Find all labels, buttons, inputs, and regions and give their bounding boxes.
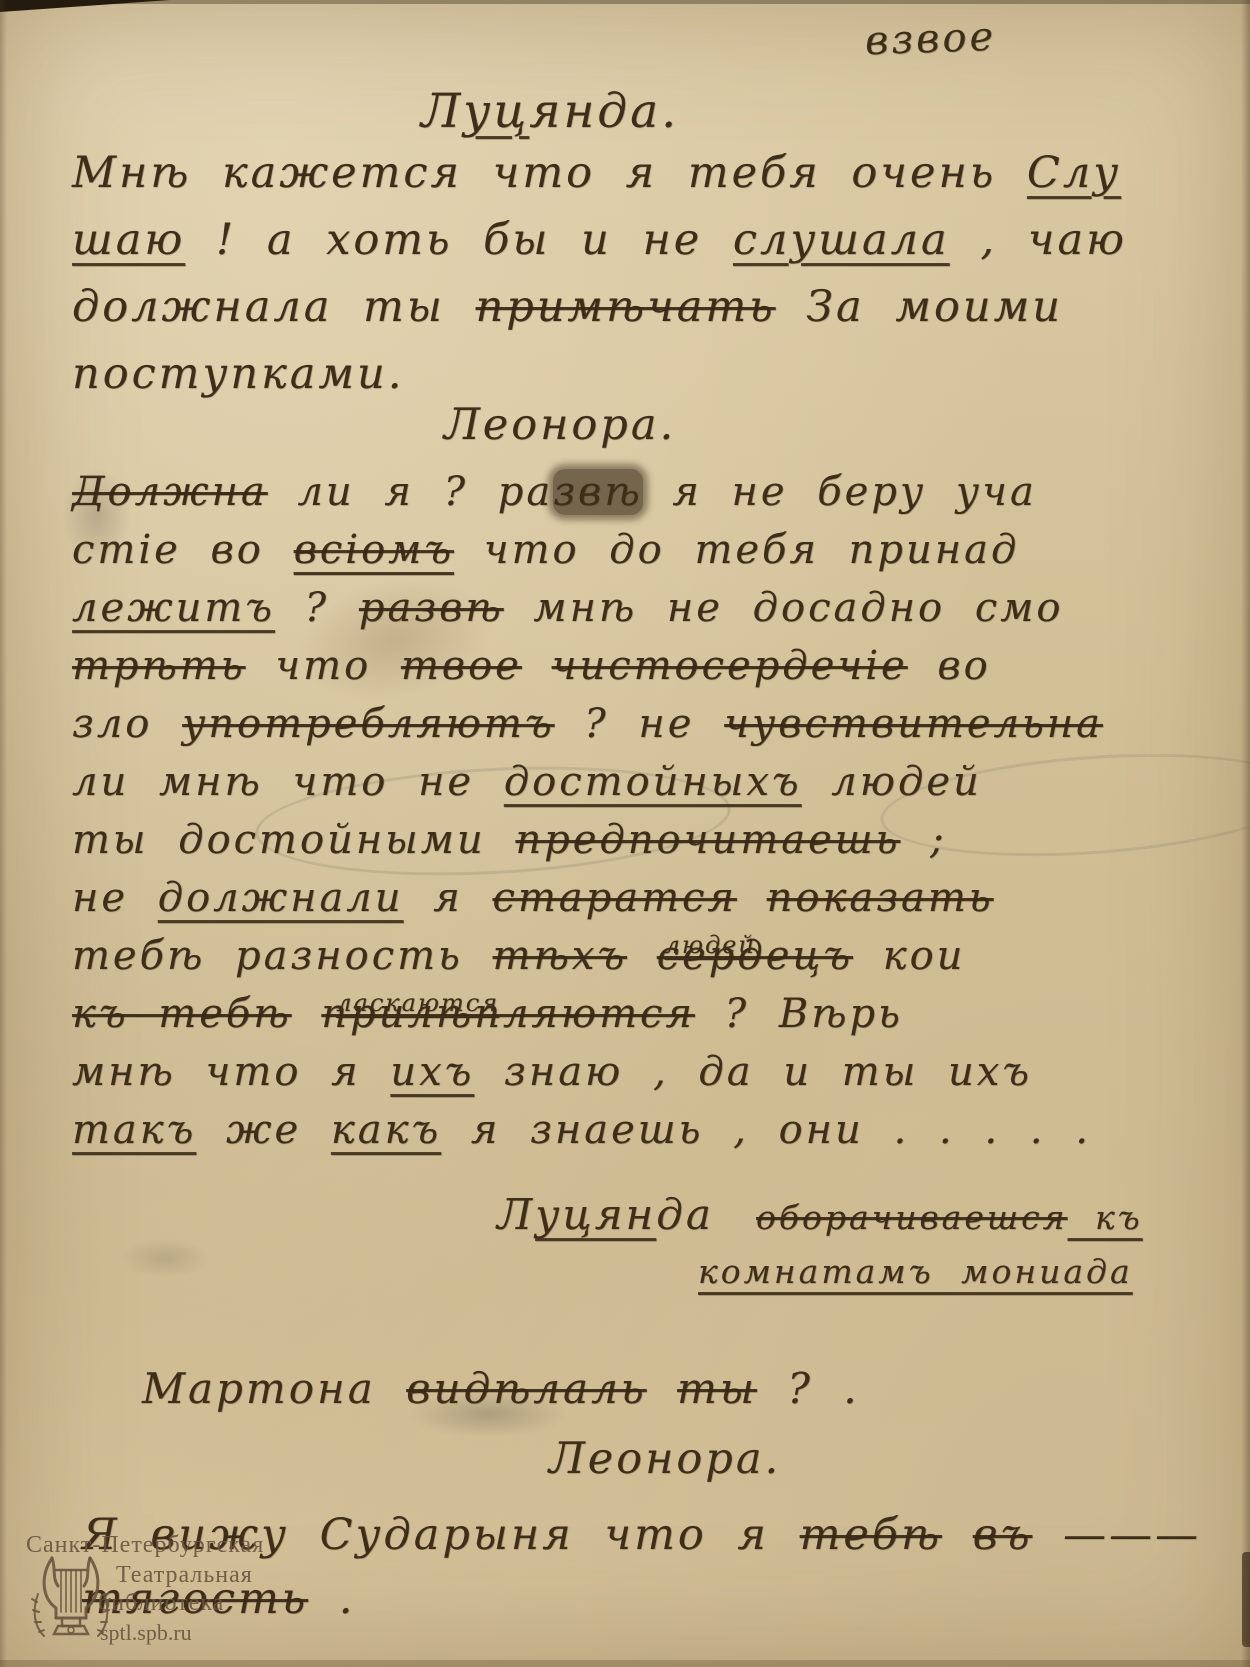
speech-block-lucianda: Мнѣ кажется что я тебя очень Слу шаю ! а… <box>72 140 1127 408</box>
text-segment: ли мнѣ что не <box>72 759 504 805</box>
text-segment: янда. <box>529 84 679 139</box>
text-segment: что <box>246 643 401 689</box>
scan-edge-left <box>0 0 7 1667</box>
text-segment: Слу <box>1027 148 1121 198</box>
text-segment: Л <box>421 84 463 139</box>
text-segment: знаю , да и ты ихъ <box>474 1049 1032 1095</box>
text-segment: должнали <box>158 875 404 921</box>
speaker-heading-lucianda: Луцянда. <box>0 84 1100 139</box>
manuscript-line-martona: Мартона видѣлаль ты ? . <box>142 1364 860 1413</box>
text-segment: сердецълюдей <box>657 933 853 979</box>
manuscript-line: къ тебѣ прилѣпляютсяласкаются ? Вѣрь <box>72 985 1103 1043</box>
text-segment: примѣчать <box>476 282 776 332</box>
manuscript-line: мнѣ что я ихъ знаю , да и ты ихъ <box>72 1043 1103 1101</box>
text-segment: Леонора. <box>444 400 676 450</box>
text-segment: ты <box>677 1364 757 1413</box>
manuscript-line: зло употребляютъ ? не чувствительна <box>72 695 1103 753</box>
text-segment: ли я ? ра <box>268 469 553 515</box>
manuscript-page-scan: взвое Луцянда. Мнѣ кажется что я тебя оч… <box>0 0 1250 1667</box>
text-segment: трѣть <box>72 643 246 689</box>
text-segment: поступками. <box>72 349 404 399</box>
text-segment: прилѣпляютсяласкаются <box>321 991 695 1037</box>
manuscript-line: трѣть что твое чистосердечіе во <box>72 637 1103 695</box>
text-segment: показать <box>767 875 994 921</box>
text-segment: всіомъ <box>294 527 454 573</box>
text-segment: ; <box>900 817 946 863</box>
text-segment: не <box>72 875 158 921</box>
text-segment: Мартона <box>142 1364 406 1413</box>
text-segment: ——— <box>1032 1510 1201 1560</box>
text-segment: чистосердечіе <box>552 643 908 689</box>
lyre-icon <box>28 1552 114 1652</box>
text-segment <box>522 643 552 689</box>
text-segment <box>737 875 767 921</box>
text-segment: въ <box>973 1510 1033 1560</box>
text-segment: Леонора. <box>549 1434 781 1484</box>
manuscript-line: шаю ! а хоть бы и не слушала , чаю <box>72 207 1127 274</box>
speaker-name-lucianda: Луцянда <box>497 1190 714 1239</box>
manuscript-line: Мнѣ кажется что я тебя очень Слу <box>72 140 1127 207</box>
text-segment: твое <box>401 643 522 689</box>
text-segment: старатся <box>492 875 736 921</box>
text-segment: употребляютъ <box>182 701 554 747</box>
text-segment: должнала ты <box>72 282 476 332</box>
text-segment: къ тебѣ <box>72 991 292 1037</box>
stage-direction-line: оборачиваешся къ <box>756 1198 1143 1237</box>
text-segment: же <box>196 1107 331 1153</box>
manuscript-line: ты достойными предпочитаешь ; <box>72 811 1103 869</box>
manuscript-line: тебѣ разность тѣхъ сердецълюдей кои <box>72 927 1103 985</box>
watermark-org-line2: Театральная <box>116 1562 253 1589</box>
scan-edge-bottom <box>0 1660 1250 1667</box>
text-segment: предпочитаешь <box>515 817 900 863</box>
text-segment: уцян <box>535 1190 656 1239</box>
text-segment: стіе во <box>72 527 294 573</box>
text-segment: уц <box>463 84 529 139</box>
text-segment: я знаешь , они . . . . . <box>441 1107 1091 1153</box>
text-segment: ихъ <box>390 1049 474 1095</box>
text-segment: ты достойными <box>72 817 515 863</box>
text-segment <box>647 1364 677 1413</box>
text-segment: развѣ <box>359 585 504 631</box>
text-segment: что до тебя принад <box>454 527 1019 573</box>
page-annotation: взвое <box>864 14 997 65</box>
text-segment: чувствительна <box>724 701 1103 747</box>
scan-edge-corner <box>0 0 170 12</box>
speaker-heading-leonora: Леонора. <box>250 1434 1080 1484</box>
text-segment: шаю <box>72 215 185 265</box>
text-segment: Мнѣ кажется что я тебя очень <box>72 148 1027 198</box>
text-segment: . <box>308 1574 355 1624</box>
text-segment: ? <box>275 585 359 631</box>
text-segment: Л <box>497 1190 535 1239</box>
text-segment: къ <box>1067 1198 1142 1237</box>
inserted-word: людей <box>665 916 756 974</box>
text-segment: ? Вѣрь <box>695 991 903 1037</box>
stage-direction-line: комнатамъ мониада <box>698 1252 1133 1291</box>
ink-stain <box>120 1238 210 1278</box>
speaker-heading-leonora: Леонора. <box>0 400 1120 450</box>
watermark-org-line3: библиотека <box>98 1590 224 1617</box>
text-segment: во <box>908 643 991 689</box>
text-segment <box>627 933 657 979</box>
manuscript-line: поступками. <box>72 341 1127 408</box>
text-segment: видѣлаль <box>406 1364 647 1413</box>
text-segment: мнѣ не досадно смо <box>504 585 1064 631</box>
text-segment: звѣ <box>553 469 642 515</box>
text-segment <box>942 1510 973 1560</box>
text-segment: тебѣ разность <box>72 933 493 979</box>
scan-edge-top <box>0 0 1250 4</box>
text-segment: ! а хоть бы и не <box>185 215 733 265</box>
text-segment <box>292 991 322 1037</box>
text-segment: мнѣ что я <box>72 1049 390 1095</box>
text-segment: тѣхъ <box>493 933 627 979</box>
inserted-word: ласкаются <box>336 974 499 1032</box>
scan-edge-right <box>1241 0 1250 1667</box>
speech-block-leonora: Должна ли я ? развѣ я не беру уча стіе в… <box>72 463 1103 1159</box>
manuscript-line: должнала ты примѣчать За моими <box>72 274 1127 341</box>
manuscript-line: ли мнѣ что не достойныхъ людей <box>72 753 1103 811</box>
manuscript-line: такъ же какъ я знаешь , они . . . . . <box>72 1101 1103 1159</box>
text-segment: лежитъ <box>72 585 275 631</box>
text-segment: , чаю <box>950 215 1127 265</box>
text-segment: такъ <box>72 1107 196 1153</box>
text-segment: я <box>404 875 493 921</box>
manuscript-line: не должнали я старатся показать <box>72 869 1103 927</box>
scan-edge-mark <box>1242 1552 1250 1647</box>
text-segment: людей <box>802 759 982 805</box>
text-segment: слушала <box>733 215 950 265</box>
manuscript-line: Должна ли я ? развѣ я не беру уча <box>72 463 1103 521</box>
text-segment: За моими <box>776 282 1063 332</box>
text-segment: взвое <box>864 14 997 65</box>
text-segment: да <box>656 1190 714 1239</box>
text-segment: какъ <box>331 1107 441 1153</box>
text-segment: ? . <box>757 1364 860 1413</box>
text-segment: оборачиваешся <box>756 1198 1067 1237</box>
text-segment: достойныхъ <box>504 759 802 805</box>
text-segment: зло <box>72 701 182 747</box>
manuscript-line: стіе во всіомъ что до тебя принад <box>72 521 1103 579</box>
text-segment: тебѣ <box>800 1510 942 1560</box>
text-segment: комнатамъ мониада <box>698 1252 1133 1291</box>
text-segment: кои <box>853 933 965 979</box>
text-segment: ? не <box>555 701 725 747</box>
manuscript-line: лежитъ ? развѣ мнѣ не досадно смо <box>72 579 1103 637</box>
text-segment: я не беру уча <box>643 469 1037 515</box>
text-segment: Должна <box>72 469 268 515</box>
